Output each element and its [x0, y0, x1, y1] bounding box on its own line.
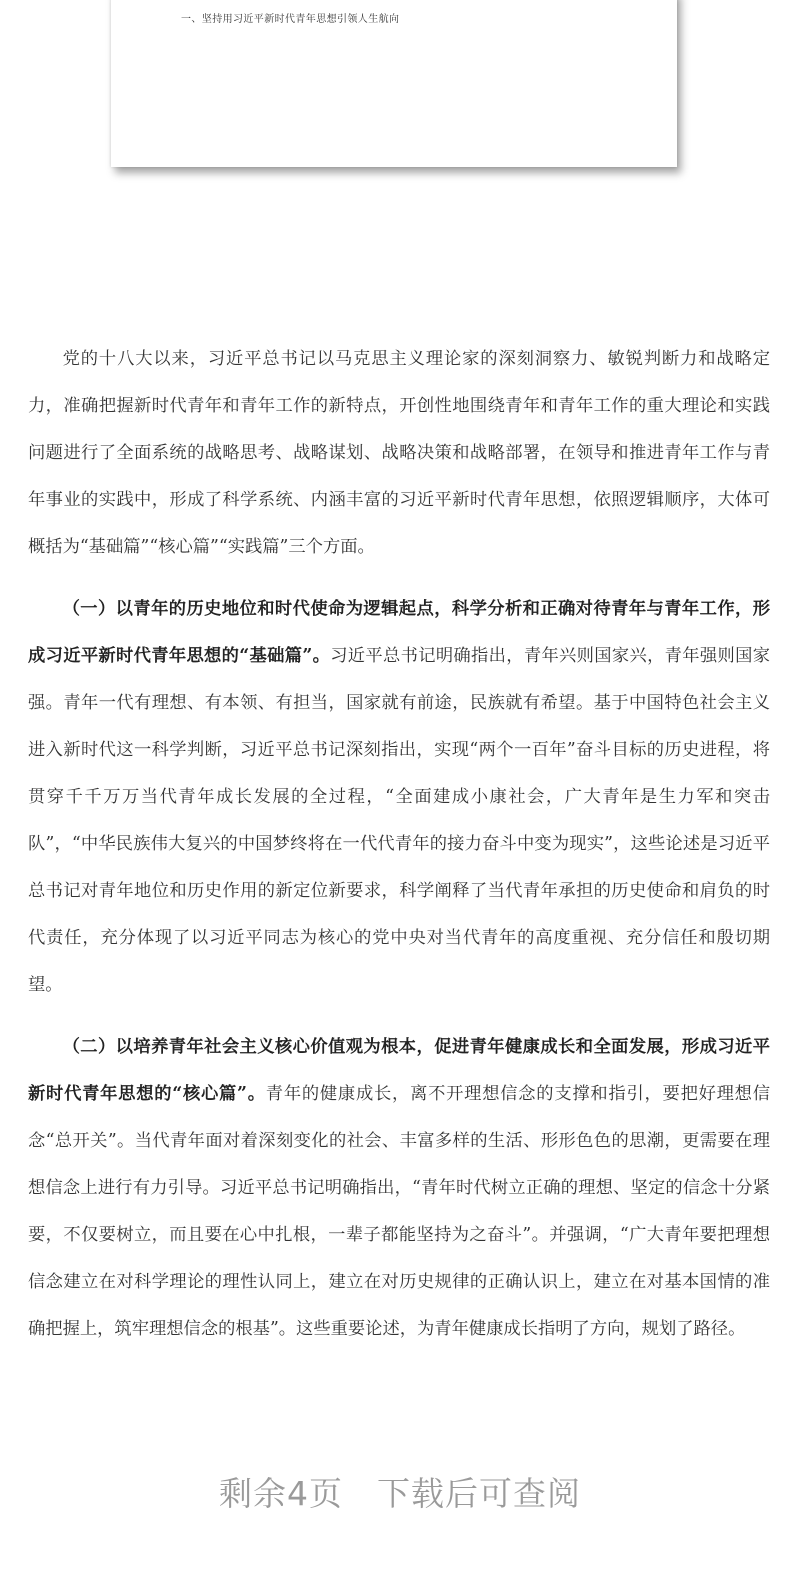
paragraph-foundation: （一）以青年的历史地位和时代使命为逻辑起点，科学分析和正确对待青年与青年工作，形…	[28, 586, 770, 1009]
document-page-preview: 一、坚持用习近平新时代青年思想引领人生航向	[111, 0, 677, 167]
remaining-pages-label: 剩余4页	[219, 1474, 343, 1513]
paragraph-text: 青年的健康成长，离不开理想信念的支撑和指引，要把好理想信念“总开关”。当代青年面…	[28, 1084, 770, 1339]
document-body: 党的十八大以来，习近平总书记以马克思主义理论家的深刻洞察力、敏锐判断力和战略定力…	[28, 336, 770, 1353]
paragraph-core: （二）以培养青年社会主义核心价值观为根本，促进青年健康成长和全面发展，形成习近平…	[28, 1024, 770, 1353]
section-heading: 一、坚持用习近平新时代青年思想引领人生航向	[181, 10, 399, 25]
download-hint-label: 下载后可查阅	[377, 1474, 581, 1513]
paragraph-text: 习近平总书记明确指出，青年兴则国家兴，青年强则国家强。青年一代有理想、有本领、有…	[28, 646, 770, 995]
download-prompt[interactable]: 剩余4页下载后可查阅	[0, 1468, 800, 1515]
paragraph-text: 党的十八大以来，习近平总书记以马克思主义理论家的深刻洞察力、敏锐判断力和战略定力…	[28, 349, 770, 557]
paragraph-intro: 党的十八大以来，习近平总书记以马克思主义理论家的深刻洞察力、敏锐判断力和战略定力…	[28, 336, 770, 571]
